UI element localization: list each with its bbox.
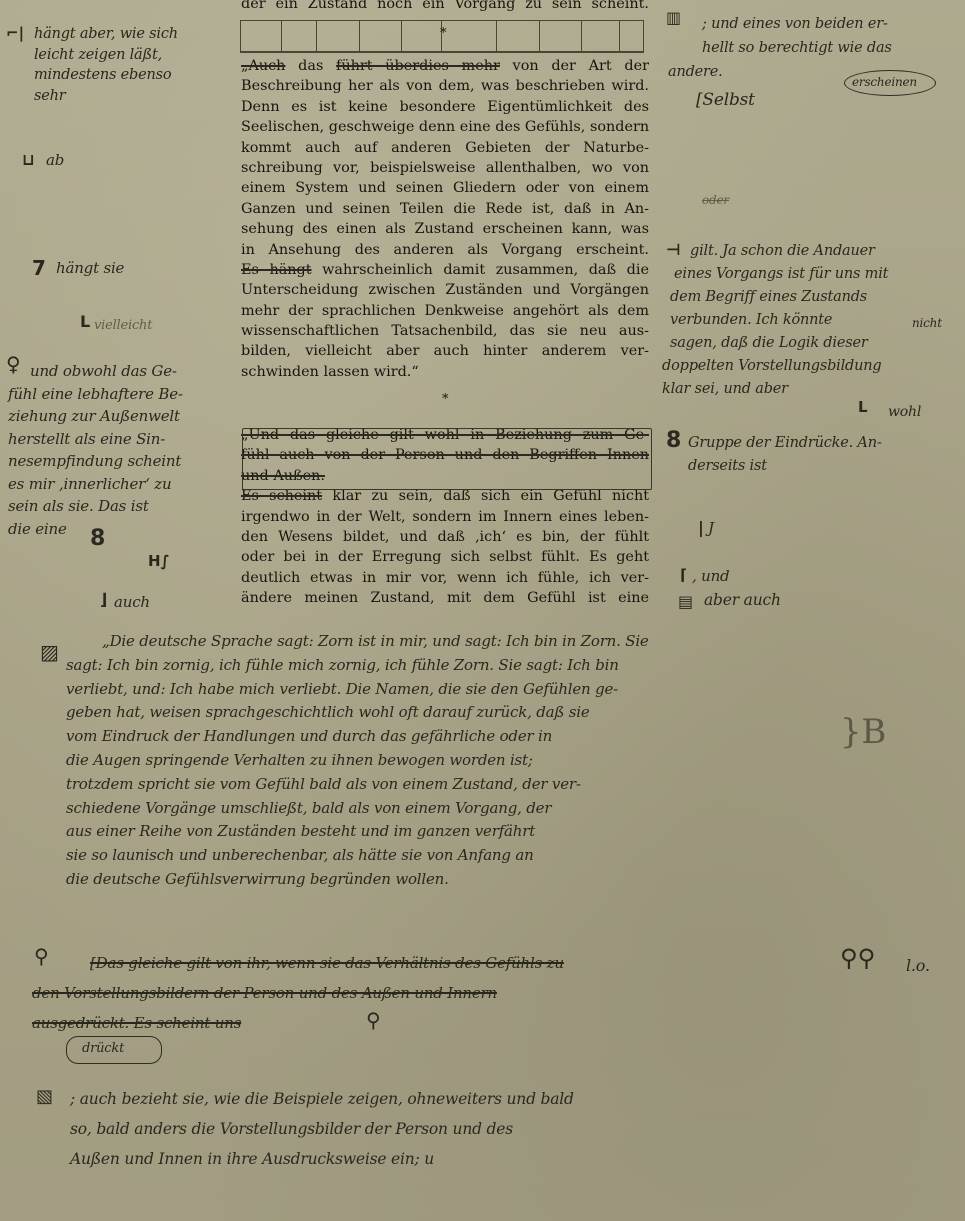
insert-word-wohl: wohl [888, 402, 921, 423]
separator-asterisk: * [442, 392, 449, 407]
printed-line: mehr der sprachlichen Denkweise angehört… [241, 301, 649, 321]
margin-note-L3: hängt sie [56, 258, 124, 279]
margin-note-R6: J [708, 518, 714, 539]
struck-phrase: führt überdies mehr [336, 58, 500, 74]
margin-note-L5: und obwohl das Ge- fühl eine lebhaftere … [8, 360, 183, 540]
insert-symbol-icon: ⚲ [366, 1008, 381, 1032]
printed-line: wissenschaftlichen Tatsachenbild, das si… [241, 321, 649, 341]
insert-mark-icon: ⌋ [100, 590, 107, 609]
insert-word-nicht: nicht [912, 313, 942, 334]
printed-line: in Ansehung des anderen als Vorgang ersc… [241, 240, 649, 260]
printed-line: irgendwo in der Welt, sondern im Innern … [241, 507, 649, 527]
insert-mark-icon: H∫ [148, 552, 170, 570]
insert-box-icon: ▤ [678, 592, 693, 611]
margin-note-L6: auch [114, 592, 150, 613]
printed-line: der ein Zustand noch ein Vorgang zu sein… [241, 0, 649, 14]
handwritten-struck-block: [Das gleiche gilt von ihr, wenn sie das … [48, 948, 564, 1038]
printed-line: Unterscheidung zwischen Zuständen und Vo… [241, 280, 649, 300]
printed-line: Seelischen, geschweige denn eine des Gef… [241, 117, 649, 137]
printed-line: Es hängt wahrscheinlich damit zusammen, … [241, 260, 649, 280]
insert-mark-icon: L [80, 312, 90, 331]
margin-note-L1: hängt aber, wie sich leicht zeigen läßt,… [34, 24, 178, 106]
margin-note-L4: vielleicht [94, 316, 152, 337]
printed-line: Beschreibung her als von dem, was beschr… [241, 76, 649, 96]
insert-box-icon: ▥ [666, 8, 681, 27]
printed-text-block-2: „Auch das führt überdies mehr von der Ar… [241, 56, 649, 382]
printed-line: sehung des einen als Zustand erscheinen … [241, 219, 649, 239]
insert-box-icon: ▨ [40, 640, 59, 664]
printed-text-block-1: der ein Zustand noch ein Vorgang zu sein… [241, 0, 649, 14]
insert-mark-icon: ⌈ [680, 566, 687, 584]
section-mark-icon: 8 [90, 526, 105, 551]
insert-symbol-icon: ⚲ [34, 944, 49, 968]
margin-note-R8: aber auch [704, 590, 781, 611]
deletion-box [242, 428, 652, 490]
circled-word-label: drückt [82, 1039, 124, 1060]
printed-line: kommt auch auf anderen Gebieten der Natu… [241, 138, 649, 158]
margin-note-L2: ab [46, 150, 64, 171]
printed-line: „Auch das führt überdies mehr von der Ar… [241, 56, 649, 76]
insert-mark-icon: L [858, 398, 868, 416]
printed-line: einem System und seinen Gliedern oder vo… [241, 178, 649, 198]
insert-mark-icon: 7 [32, 256, 46, 280]
insert-mark-icon: ⌐| [6, 24, 24, 42]
printed-line: schreibung vor, beispielsweise allenthal… [241, 158, 649, 178]
insert-mark-icon: | [698, 518, 704, 537]
margin-note-R5: Gruppe der Eindrücke. An- derseits ist [688, 432, 882, 478]
insert-mark-icon: ⊔ [22, 150, 35, 169]
scribble-mark: }B [840, 722, 886, 743]
insert-box-icon: ▧ [36, 1086, 53, 1107]
separator-asterisk-top: * [440, 26, 447, 41]
margin-note-R2: [Selbst [696, 90, 755, 111]
printed-line: schwinden lassen wird.“ [241, 362, 649, 382]
margin-note-R4: gilt. Ja schon die Andauer eines Vorgang… [690, 240, 888, 401]
side-note-lo: l.o. [906, 956, 930, 977]
printed-line: Ganzen und seinen Teilen die Rede ist, d… [241, 199, 649, 219]
printed-line: deutlich etwas in mir vor, wenn ich fühl… [241, 568, 649, 588]
margin-note-R3: oder [702, 190, 729, 211]
transpose-symbol-icon: ⚲⚲ [840, 944, 875, 972]
printed-line: den Wesens bildet, und daß ‚ich‘ es bin,… [241, 527, 649, 547]
margin-note-R7: , und [692, 566, 729, 587]
handwritten-block-1: „Die deutsche Sprache sagt: Zorn ist in … [66, 630, 649, 892]
printed-line: ändere meinen Zustand, mit dem Gefühl is… [241, 588, 649, 608]
printed-line: oder bei in der Erregung sich selbst füh… [241, 547, 649, 567]
section-mark-icon: 8 [666, 428, 681, 453]
printed-line: Denn es ist keine besondere Eigentümlich… [241, 97, 649, 117]
insert-mark-icon: ⊣ [666, 240, 681, 259]
struck-word: „Auch [241, 58, 285, 74]
circled-word-label: erscheinen [852, 72, 917, 93]
printed-line: bilden, vielleicht aber auch hinter ande… [241, 341, 649, 361]
handwritten-block-2: ; auch bezieht sie, wie die Beispiele ze… [70, 1084, 574, 1174]
